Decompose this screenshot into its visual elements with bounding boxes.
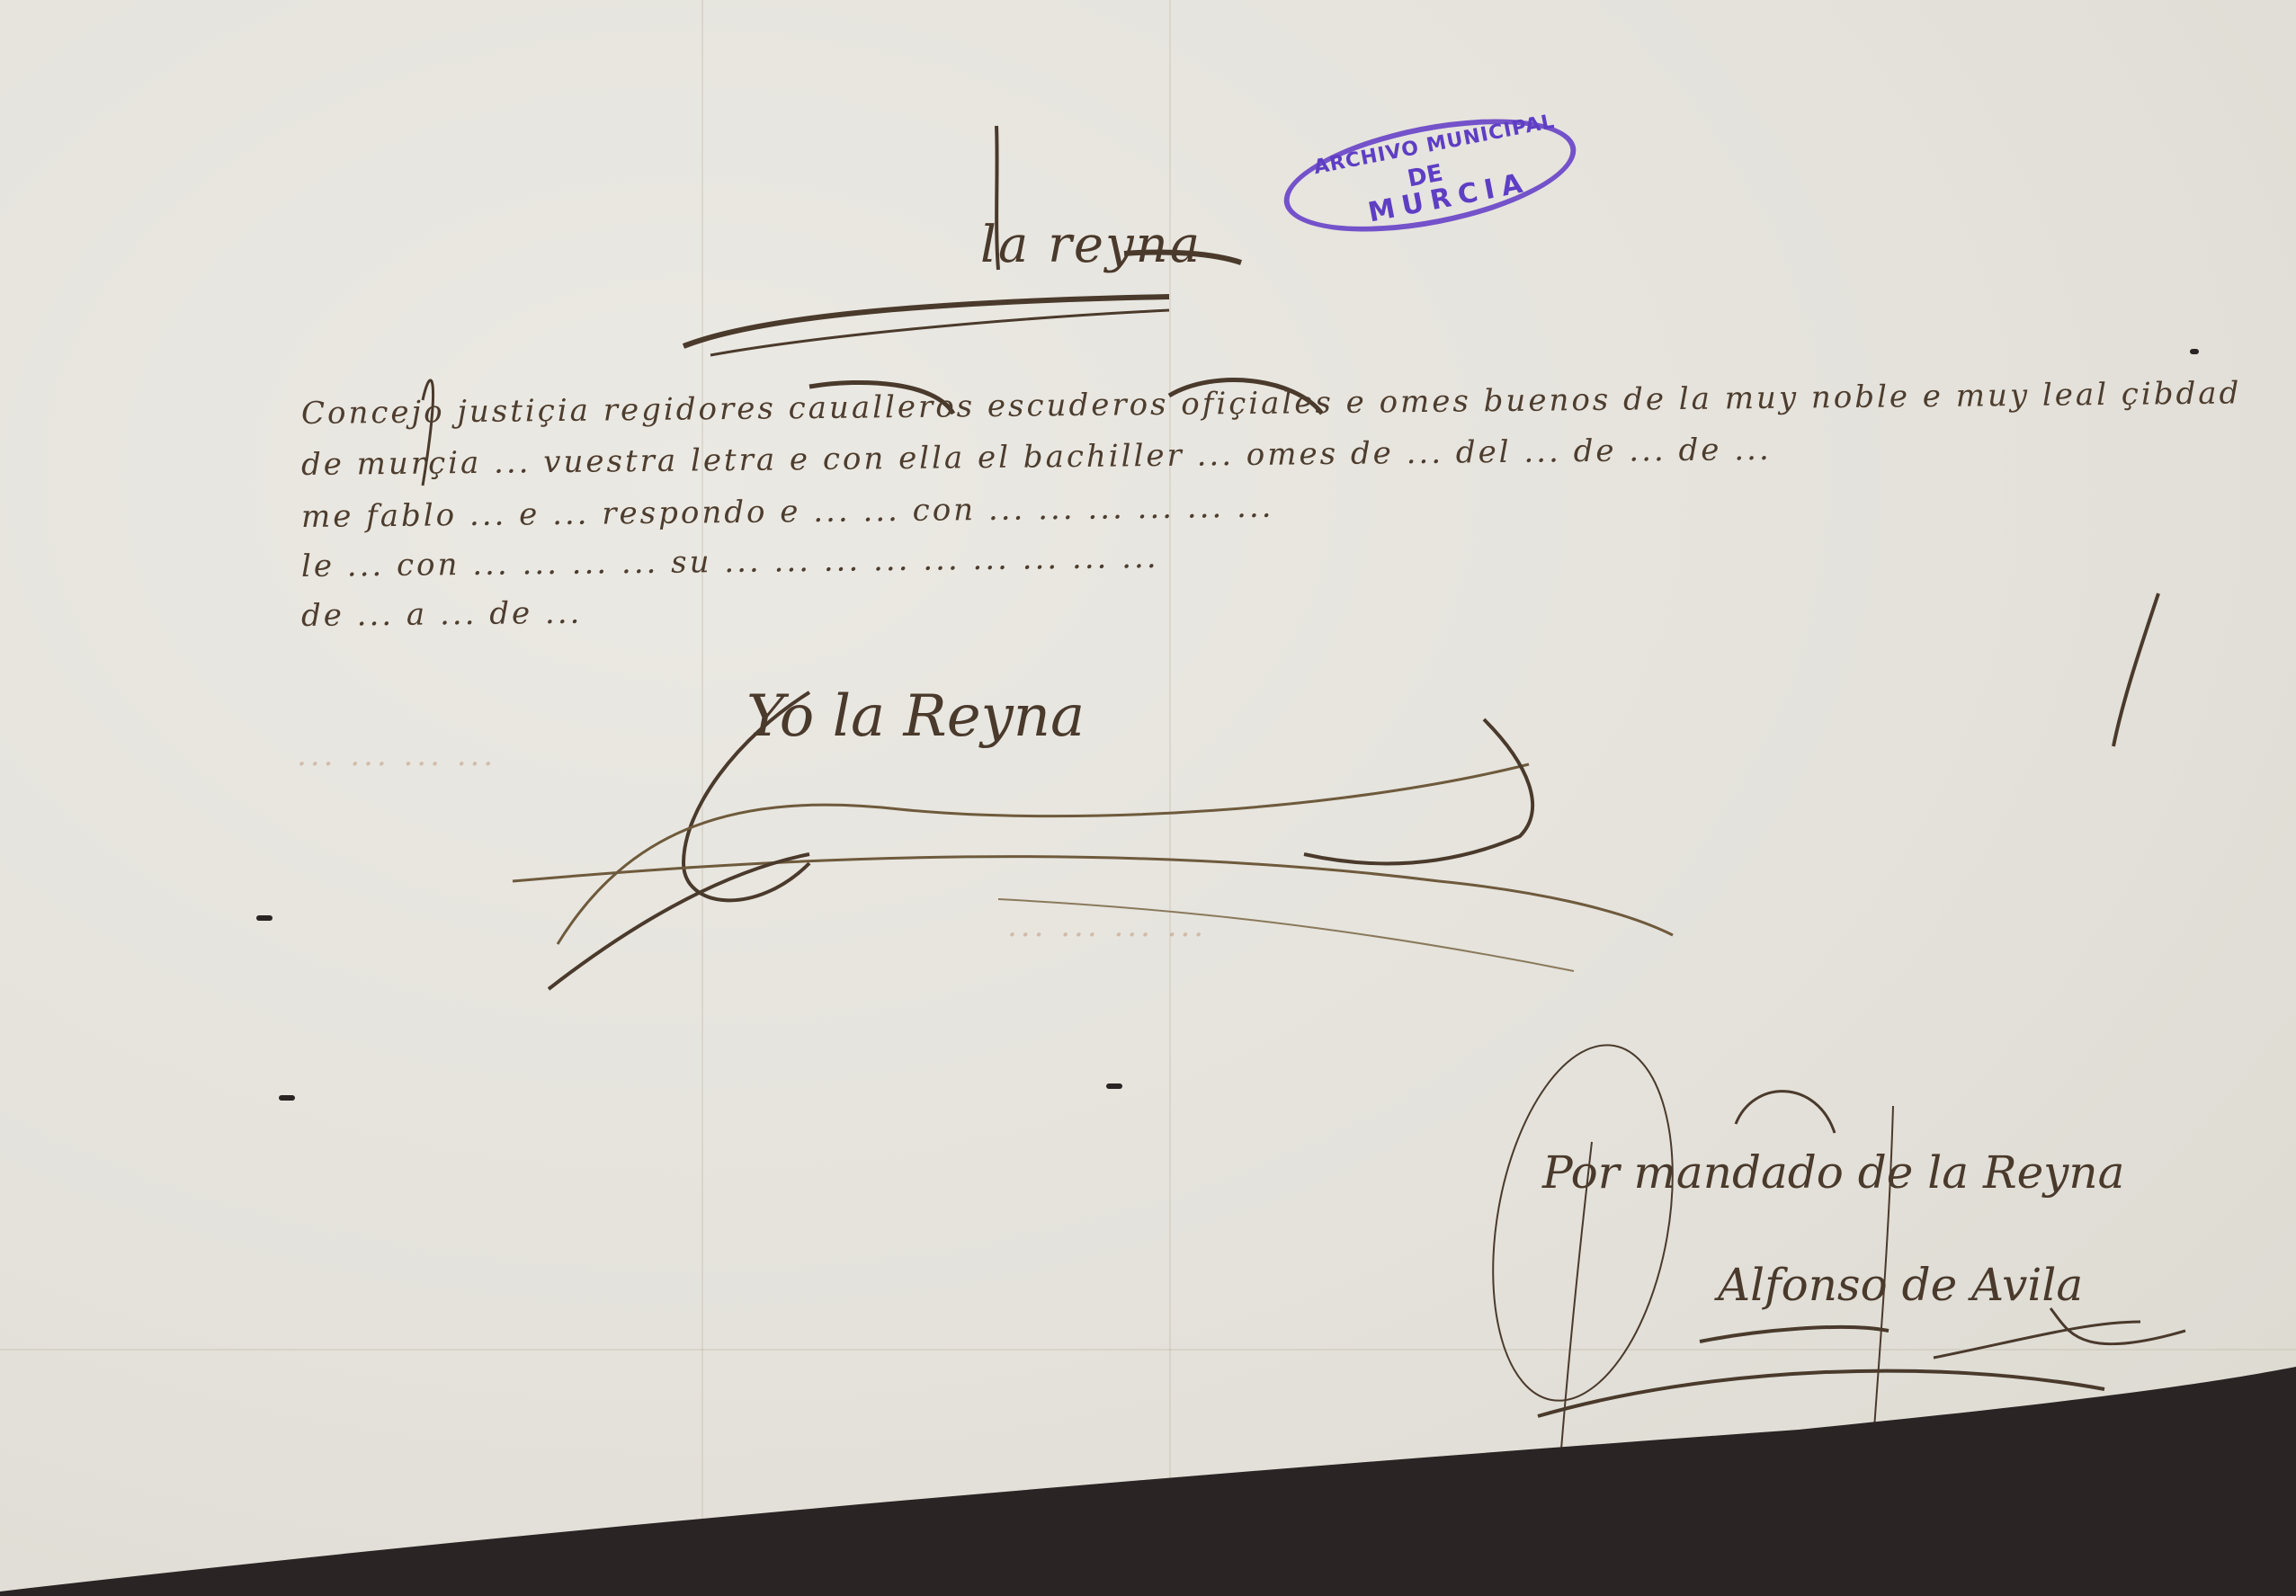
scan-backdrop-edge	[0, 0, 2296, 1596]
manuscript-page: ... ... ... ... ... ... ... ... la reyna…	[0, 0, 2296, 1596]
